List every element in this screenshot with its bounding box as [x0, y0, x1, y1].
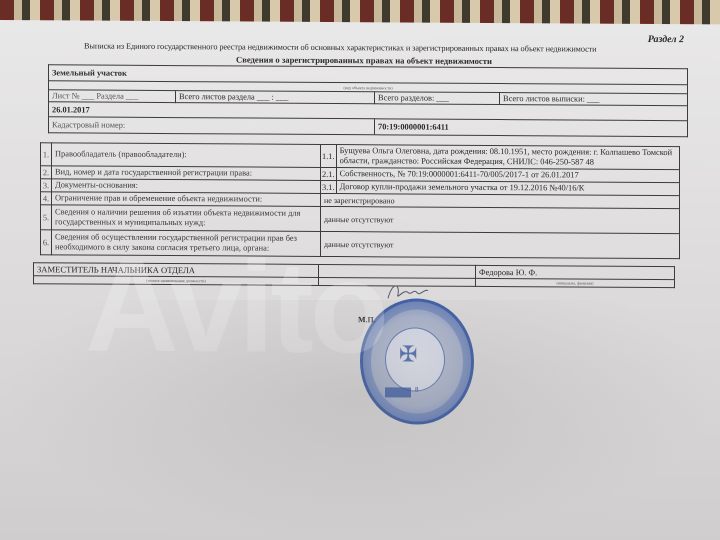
row-sub-number: 3.1. — [321, 180, 337, 193]
seal-label: М.П. — [358, 315, 376, 324]
rights-row: 5.Сведения о наличии решения об изъятии … — [41, 205, 680, 234]
total-sections: Всего разделов: ___ — [375, 92, 500, 105]
signature-cell — [319, 264, 476, 278]
signatory-name: Федорова Ю. Ф. — [476, 265, 675, 279]
document-subtitle: Сведения о зарегистрированных правах на … — [236, 54, 492, 66]
row-value: данные отсутствуют — [321, 231, 680, 258]
sheet-number: Лист № ___ Раздела ___ — [49, 90, 176, 103]
row-label: Сведения о наличии решения об изъятии об… — [52, 205, 321, 232]
document-title: Выписка из Единого государственного реес… — [84, 42, 664, 55]
position-caption: (полное наименование должности) — [34, 276, 319, 286]
row-sub-number: 2.1. — [321, 167, 337, 180]
seal-bar — [385, 387, 411, 397]
row-value: данные отсутствуют — [321, 206, 680, 233]
rights-row: 6.Сведения об осуществлении государствен… — [41, 230, 680, 259]
official-seal: ✠ 8 — [360, 298, 474, 425]
name-caption: (инициалы, фамилия) — [476, 278, 675, 287]
row-value: Бущуева Ольга Олеговна, дата рождения: 0… — [336, 145, 679, 170]
rights-table: 1.Правообладатель (правообладатели):1.1.… — [40, 142, 680, 259]
row-label: Сведения об осуществлении государственно… — [52, 230, 321, 257]
row-number: 4. — [41, 192, 52, 205]
row-sub-number: 1.1. — [321, 144, 337, 167]
row-number: 2. — [41, 166, 52, 179]
row-label: Правообладатель (правообладатели): — [52, 143, 321, 168]
section-label: Раздел 2 — [648, 34, 684, 45]
total-sheets-extract: Всего листов выписки: ___ — [500, 93, 688, 106]
row-number: 1. — [41, 143, 52, 166]
row-number: 3. — [41, 179, 52, 192]
cadastral-label: Кадастровый номер: — [49, 117, 375, 135]
row-number: 6. — [41, 230, 52, 255]
signature-table: ЗАМЕСТИТЕЛЬ НАЧАЛЬНИКА ОТДЕЛА Федорова Ю… — [33, 262, 675, 288]
document-page: Раздел 2 Выписка из Единого государствен… — [0, 20, 720, 540]
coat-of-arms-icon: ✠ — [399, 341, 417, 367]
cadastral-number: 70:19:0000001:6411 — [375, 119, 688, 137]
row-number: 5. — [41, 205, 52, 230]
seal-code: 8 — [415, 386, 419, 394]
header-table: Земельный участок (вид объекта недвижимо… — [48, 64, 688, 137]
